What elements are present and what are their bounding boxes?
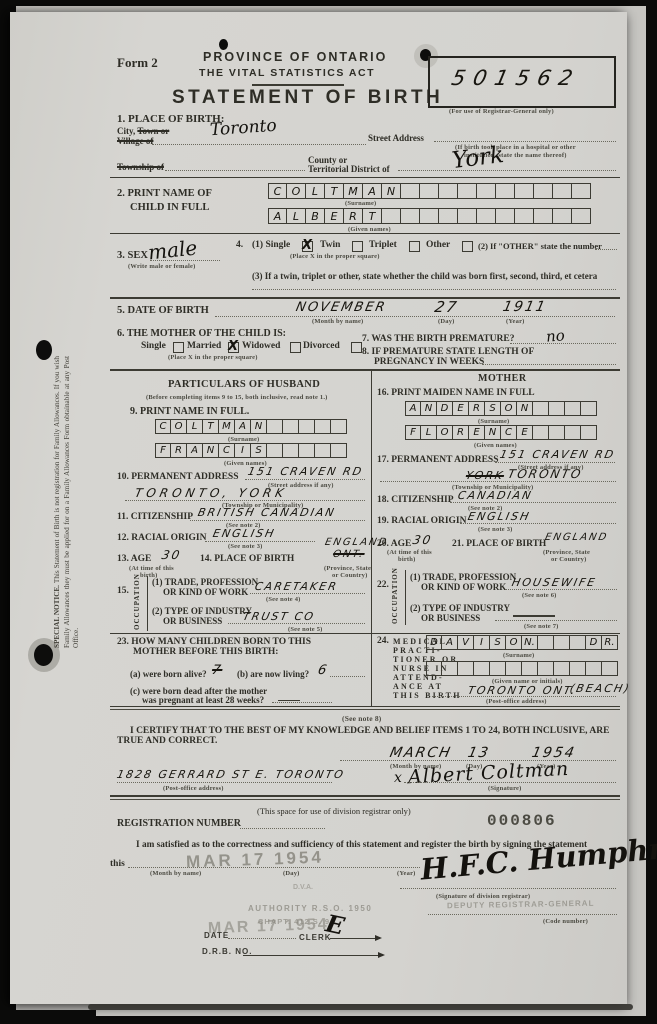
grid-cell: [382, 208, 401, 224]
grid-cell: B: [306, 208, 325, 224]
registrar-number-value: 501562: [449, 66, 582, 90]
certify-address-caption: (Post-office address): [163, 785, 224, 792]
grid-cell: O: [171, 419, 187, 434]
item4-other-label: Other: [426, 240, 450, 250]
grid-cell: [477, 208, 496, 224]
item4-triplet-label: Triplet: [369, 240, 397, 250]
practitioner-surname-grid: DAVISON.DR.: [426, 635, 618, 650]
grid-cell: D: [586, 635, 602, 650]
certify-line-2: TRUE AND CORRECT.: [117, 736, 217, 746]
grid-cell: [267, 419, 283, 434]
mother-note7: (See note 7): [524, 623, 559, 630]
grid-cell: [572, 183, 591, 199]
item4-twin-label: Twin: [320, 240, 340, 250]
industry-blank-stroke: [513, 615, 555, 617]
dotted-line: [228, 938, 296, 939]
item23-a-label: (a) were born alive?: [130, 669, 207, 679]
dva-stamp: D.V.A.: [293, 884, 313, 891]
child-given-caption: (Given names): [348, 226, 391, 233]
grid-cell: C: [268, 183, 287, 199]
item4-caption: (Place X in the proper square): [290, 253, 380, 260]
grid-cell: [439, 208, 458, 224]
item2-label-2: CHILD IN FULL: [130, 202, 209, 213]
husband-surname-grid: COLTMAN: [155, 419, 347, 434]
grid-cell: C: [219, 443, 235, 458]
husband-note4: (See note 4): [266, 596, 301, 603]
practitioner-surname-caption: (Surname): [503, 652, 534, 659]
province-heading: PROVINCE OF ONTARIO: [203, 50, 387, 64]
husband-origin-value: ENGLISH: [212, 527, 277, 540]
item5-label: 5. DATE OF BIRTH: [117, 305, 209, 316]
mother-origin-value: ENGLISH: [467, 510, 532, 523]
signature-x-mark: x: [394, 770, 402, 786]
section-rule: [110, 795, 620, 797]
mother-header: MOTHER: [478, 373, 527, 384]
mother-age-value: 30: [412, 533, 434, 547]
item13-label: 13. AGE: [117, 554, 151, 564]
item8-label-2: PREGNANCY IN WEEKS: [374, 357, 484, 367]
husband-trade-label-2: OR KIND OF WORK: [163, 587, 248, 597]
dotted-line: [150, 260, 220, 261]
dotted-line: [152, 144, 366, 145]
item19-label: 19. RACIAL ORIGIN: [377, 516, 466, 526]
grid-cell: O: [506, 635, 522, 650]
township-label: Township of: [117, 162, 164, 172]
mother-trade-label-1: (1) TRADE, PROFESSION: [410, 572, 516, 582]
grid-cell: [299, 419, 315, 434]
grid-cell: O: [287, 183, 306, 199]
husband-trade-label-1: (1) TRADE, PROFESSION: [152, 577, 258, 587]
item4-num: 4.: [236, 240, 243, 250]
child-surname-grid: COLTMAN: [268, 183, 591, 199]
grid-cell: [553, 183, 572, 199]
item6-label: 6. THE MOTHER OF THE CHILD IS:: [117, 328, 286, 339]
code-number-caption: (Code number): [543, 918, 588, 925]
mother-birthplace-value: ENGLAND: [544, 532, 609, 543]
section-rule: [110, 177, 620, 178]
grid-cell: [401, 208, 420, 224]
grid-cell: R: [453, 425, 469, 440]
grid-cell: [581, 401, 597, 416]
dotted-line: [330, 676, 365, 677]
husband-trade-value: CARETAKER: [254, 580, 340, 593]
dotted-line: [190, 520, 365, 521]
grid-cell: F: [155, 443, 171, 458]
grid-cell: [565, 401, 581, 416]
item23-label-2: MOTHER BEFORE THIS BIRTH:: [133, 647, 278, 657]
certify-line-1: I CERTIFY THAT TO THE BEST OF MY KNOWLED…: [130, 726, 609, 736]
staple-dot-icon: [219, 39, 228, 50]
husband-header: PARTICULARS OF HUSBAND: [168, 379, 320, 390]
practitioner-address-caption: (Post-office address): [486, 698, 547, 705]
grid-cell: E: [453, 401, 469, 416]
husband-place-cap2: or Country): [332, 572, 367, 579]
grid-cell: [581, 425, 597, 440]
item22-num: 22.: [377, 580, 389, 590]
dotted-line: [460, 523, 616, 524]
grid-cell: L: [421, 425, 437, 440]
grid-cell: [315, 443, 331, 458]
grid-cell: [554, 635, 570, 650]
grid-cell: [283, 443, 299, 458]
dotted-line: [165, 170, 305, 171]
grid-cell: D: [437, 401, 453, 416]
page-title: STATEMENT OF BIRTH: [172, 87, 443, 109]
registration-number-label: REGISTRATION NUMBER: [117, 818, 241, 829]
county-label-2: Territorial District of: [308, 164, 390, 174]
premature-value: no: [545, 326, 565, 346]
scanned-birth-statement: { "colors": { "paper": "#d4d3cf", "ink":…: [0, 0, 657, 1024]
dotted-line: [398, 170, 616, 171]
dotted-line: [404, 782, 616, 783]
dotted-line: [482, 364, 616, 365]
special-notice-title: SPECIAL NOTICE.: [53, 585, 61, 648]
registrar-space-caption: (This space for use of division registra…: [257, 806, 411, 816]
husband-note5: (See note 5): [288, 626, 323, 633]
grid-cell: [283, 419, 299, 434]
husband-birthplace-struck: ONT.: [332, 549, 366, 560]
registrar-year-caption: (Year): [397, 870, 416, 877]
item1-city-line1: City, Town or: [117, 126, 169, 136]
dotted-line: [428, 914, 617, 915]
deputy-registrar-stamp: DEPUTY REGISTRAR-GENERAL: [447, 899, 595, 911]
grid-cell: N: [485, 425, 501, 440]
certify-address-value: 1828 GERRARD ST E. TORONTO: [116, 768, 347, 781]
grid-cell: N.: [522, 635, 538, 650]
item6-widowed-label: Widowed: [242, 341, 280, 351]
husband-note3: (See note 3): [228, 543, 263, 550]
grid-cell: T: [363, 208, 382, 224]
grid-cell: [420, 208, 439, 224]
child-given-grid: ALBERT: [268, 208, 591, 224]
grid-cell: A: [442, 635, 458, 650]
mother-place-cap1: (Province, State: [543, 549, 590, 556]
grid-cell: L: [287, 208, 306, 224]
grid-cell: [474, 661, 490, 676]
grid-cell: [331, 443, 347, 458]
item6-divorced-label: Divorced: [303, 341, 340, 351]
item11-label: 11. CITIZENSHIP: [117, 512, 193, 522]
husband-township-value: TORONTO, YORK: [134, 486, 289, 500]
see-note-8: (See note 8): [342, 714, 381, 723]
grid-cell: N: [382, 183, 401, 199]
grid-cell: [534, 183, 553, 199]
mother-married-checkbox: X: [228, 342, 239, 353]
section-rule: [110, 369, 620, 371]
grid-cell: [586, 661, 602, 676]
form-number: Form 2: [117, 55, 158, 71]
grid-cell: R.: [602, 635, 618, 650]
other-checkbox: [462, 241, 473, 252]
mother-place-cap2: or Country): [551, 556, 586, 563]
grid-cell: [533, 401, 549, 416]
mother-surname-caption: (Surname): [478, 418, 509, 425]
item6-married-label: Married: [187, 341, 221, 351]
grid-cell: [426, 661, 442, 676]
mother-divorced-checkbox: [351, 342, 362, 353]
certify-signature-caption: (Signature): [488, 785, 522, 792]
grid-cell: [565, 425, 581, 440]
grid-cell: E: [469, 425, 485, 440]
grid-cell: M: [219, 419, 235, 434]
dotted-line: [505, 589, 617, 590]
husband-age-value: 30: [161, 548, 183, 562]
clerk-arrow-line: [330, 938, 380, 939]
form-content: SPECIAL NOTICE. This Statement of Birth …: [0, 0, 657, 1024]
item4-q2: (2) If "OTHER" state the number: [478, 241, 602, 251]
mother-widowed-checkbox: [290, 342, 301, 353]
item4-q3: (3) If a twin, triplet or other, state w…: [252, 271, 597, 281]
item6-caption: (Place X in the proper square): [168, 354, 258, 361]
grid-cell: [554, 661, 570, 676]
mother-industry-label-2: OR BUSINESS: [421, 613, 480, 623]
mother-street-value: 151 CRAVEN RD: [499, 448, 617, 461]
mother-note3: (See note 3): [478, 526, 513, 533]
husband-industry-value: TRUST CO: [242, 610, 317, 623]
dotted-line: [272, 702, 332, 703]
grid-cell: S: [251, 443, 267, 458]
dotted-line: [434, 141, 616, 142]
grid-cell: [553, 208, 572, 224]
grid-cell: [496, 208, 515, 224]
grid-cell: V: [458, 635, 474, 650]
husband-citizenship-value: BRITISH CANADIAN: [197, 506, 337, 519]
registrar-day-caption: (Day): [283, 870, 300, 877]
grid-cell: [439, 183, 458, 199]
grid-cell: [549, 401, 565, 416]
grid-cell: C: [501, 425, 517, 440]
grid-cell: [267, 443, 283, 458]
dotted-line: [215, 316, 615, 317]
drb-arrow-line: [243, 955, 383, 956]
grid-cell: [515, 208, 534, 224]
grid-cell: L: [187, 419, 203, 434]
grid-cell: [533, 425, 549, 440]
birth-year-caption: (Year): [506, 318, 525, 325]
dotted-line: [495, 462, 615, 463]
dotted-line: [432, 696, 616, 697]
grid-cell: [299, 443, 315, 458]
grid-cell: O: [501, 401, 517, 416]
grid-cell: [315, 419, 331, 434]
mother-married-mark: X: [228, 339, 238, 354]
registrar-signature-caption: (Signature of division registrar): [436, 893, 530, 900]
certify-day-value: 13: [466, 745, 491, 761]
section-rule-2: [110, 709, 620, 710]
dotted-line: [117, 782, 332, 783]
dotted-line: [228, 623, 365, 624]
item23-a-value: 7: [210, 663, 223, 678]
grid-cell: D: [426, 635, 442, 650]
dotted-line: [250, 593, 365, 594]
grid-cell: [522, 661, 538, 676]
grid-cell: C: [155, 419, 171, 434]
grid-cell: N: [203, 443, 219, 458]
grid-cell: [401, 183, 420, 199]
husband-street-value: 151 CRAVEN RD: [247, 465, 365, 478]
grid-cell: L: [306, 183, 325, 199]
husband-note: (Before completing items 9 to 15, both i…: [146, 394, 328, 401]
grid-cell: R: [171, 443, 187, 458]
mother-age-cap1: (At time of this: [387, 549, 432, 556]
grid-cell: A: [235, 419, 251, 434]
section-rule-2: [110, 799, 620, 800]
grid-cell: [458, 661, 474, 676]
item20-label: 20. AGE: [377, 539, 411, 549]
item6-single-label: Single: [141, 341, 166, 351]
act-underline: [252, 84, 344, 86]
grid-cell: E: [325, 208, 344, 224]
act-heading: THE VITAL STATISTICS ACT: [199, 67, 375, 79]
husband-age-cap1: (At time of this: [129, 565, 174, 572]
grid-cell: [420, 183, 439, 199]
grid-cell: [534, 208, 553, 224]
mother-given-grid: FLORENCE: [405, 425, 597, 440]
item2-label-1: 2. PRINT NAME OF: [117, 188, 212, 199]
certify-month-value: MARCH: [388, 745, 453, 761]
grid-cell: M: [344, 183, 363, 199]
section-rule: [110, 706, 620, 707]
item1-label: 1. PLACE OF BIRTH:: [117, 113, 224, 125]
item23-b-value: 6: [316, 663, 329, 678]
mother-citizenship-value: CANADIAN: [457, 489, 534, 502]
grid-cell: [331, 419, 347, 434]
practitioner-address-note: (BEACH): [569, 682, 632, 695]
special-notice: SPECIAL NOTICE. This Statement of Birth …: [53, 356, 82, 648]
husband-occupation-vertical-label: OCCUPATION: [133, 578, 141, 630]
dotted-line: [400, 888, 616, 889]
grid-cell: S: [490, 635, 506, 650]
grid-cell: T: [203, 419, 219, 434]
grid-cell: [602, 661, 618, 676]
punch-hole-icon: [36, 340, 52, 360]
item16-label: 16. PRINT MAIDEN NAME IN FULL: [377, 388, 535, 398]
item9-label: 9. PRINT NAME IN FULL.: [130, 406, 249, 417]
grid-cell: E: [517, 425, 533, 440]
dotted-line: [245, 479, 365, 480]
item7-label: 7. WAS THE BIRTH PREMATURE?: [362, 334, 515, 344]
grid-cell: R: [469, 401, 485, 416]
practitioner-given-grid: [426, 661, 618, 676]
husband-place-cap1: (Province, State: [324, 565, 371, 572]
city-word: City,: [117, 126, 135, 136]
mother-industry-label-1: (2) TYPE OF INDUSTRY: [410, 603, 510, 613]
mother-trade-label-2: OR KIND OF WORK: [421, 582, 506, 592]
mother-note6: (See note 6): [522, 592, 557, 599]
registrar-signature: H.F.C. Humphries: [419, 827, 657, 886]
triplet-checkbox: [409, 241, 420, 252]
dotted-line: [595, 249, 617, 250]
grid-cell: O: [437, 425, 453, 440]
item15-num: 15.: [117, 586, 129, 596]
item3-label: 3. SEX: [117, 250, 148, 261]
item4-single-label: (1) Single: [252, 240, 290, 250]
birth-day-caption: (Day): [438, 318, 455, 325]
grid-cell: [458, 183, 477, 199]
grid-cell: [496, 183, 515, 199]
mother-township-value: TORONTO: [507, 467, 584, 481]
grid-cell: [477, 183, 496, 199]
mother-trade-value: HOUSEWIFE: [511, 576, 598, 589]
grid-cell: N: [251, 419, 267, 434]
grid-cell: [570, 635, 586, 650]
punch-hole-icon: [34, 644, 53, 666]
single-checkbox-mark: X: [302, 238, 312, 253]
item12-label: 12. RACIAL ORIGIN: [117, 533, 206, 543]
grid-cell: A: [268, 208, 287, 224]
mother-single-checkbox: [173, 342, 184, 353]
grid-cell: S: [485, 401, 501, 416]
mother-age-cap2: birth): [398, 556, 415, 563]
husband-given-grid: FRANCIS: [155, 443, 347, 458]
single-checkbox: X: [302, 241, 313, 252]
grid-cell: N: [421, 401, 437, 416]
item23-c-label-2: was pregnant at least 28 weeks?: [142, 695, 264, 705]
grid-cell: I: [474, 635, 490, 650]
registrar-box-caption: (For use of Registrar-General only): [449, 108, 554, 115]
grid-cell: [458, 208, 477, 224]
grid-cell: [515, 183, 534, 199]
twin-checkbox: [352, 241, 363, 252]
dotted-line: [125, 500, 365, 501]
item3-caption: (Write male or female): [128, 263, 196, 270]
this-word: this: [110, 859, 125, 869]
mother-surname-grid: ANDERSON: [405, 401, 597, 416]
grid-cell: A: [187, 443, 203, 458]
husband-industry-label-1: (2) TYPE OF INDUSTRY: [152, 606, 252, 616]
item23-c-blank-stroke: [278, 700, 300, 701]
occupation-rule: [147, 576, 148, 631]
section-rule: [110, 633, 620, 634]
mother-occupation-vertical-label: OCCUPATION: [391, 572, 399, 624]
birth-year-value: 1911: [501, 299, 548, 315]
birth-month-caption: (Month by name): [312, 318, 363, 325]
item23-b-label: (b) are now living?: [237, 669, 309, 679]
grid-cell: [506, 661, 522, 676]
grid-cell: [538, 635, 554, 650]
section-rule: [110, 233, 620, 234]
grid-cell: T: [325, 183, 344, 199]
occupation-rule: [405, 570, 406, 625]
item1-city-line2: Village of: [117, 136, 153, 146]
item18-label: 18. CITIZENSHIP: [377, 495, 454, 505]
grid-cell: N: [517, 401, 533, 416]
grid-cell: F: [405, 425, 421, 440]
grid-cell: [538, 661, 554, 676]
item10-label: 10. PERMANENT ADDRESS: [117, 472, 239, 482]
clerk-label-stamp: CLERK: [299, 933, 332, 942]
grid-cell: [549, 425, 565, 440]
dotted-line: [252, 289, 616, 290]
registration-number-stamp: 000806: [487, 812, 557, 830]
grid-cell: I: [235, 443, 251, 458]
dotted-line: [240, 828, 325, 829]
grid-cell: A: [363, 183, 382, 199]
item17-label: 17. PERMANENT ADDRESS: [377, 455, 499, 465]
item14-label: 14. PLACE OF BIRTH: [200, 554, 294, 564]
item8-label-1: 8. IF PREMATURE STATE LENGTH OF: [362, 347, 534, 357]
birth-month-value: NOVEMBER: [294, 300, 388, 315]
item21-label: 21. PLACE OF BIRTH: [452, 539, 546, 549]
birth-day-value: 27: [433, 298, 460, 316]
item23-label-1: 23. HOW MANY CHILDREN BORN TO THIS: [117, 637, 311, 647]
grid-cell: [572, 208, 591, 224]
grid-cell: [490, 661, 506, 676]
authority-stamp: AUTHORITY R.S.O. 1950: [248, 904, 372, 913]
grid-cell: R: [344, 208, 363, 224]
grid-cell: [442, 661, 458, 676]
city-value: Toronto: [209, 116, 277, 141]
